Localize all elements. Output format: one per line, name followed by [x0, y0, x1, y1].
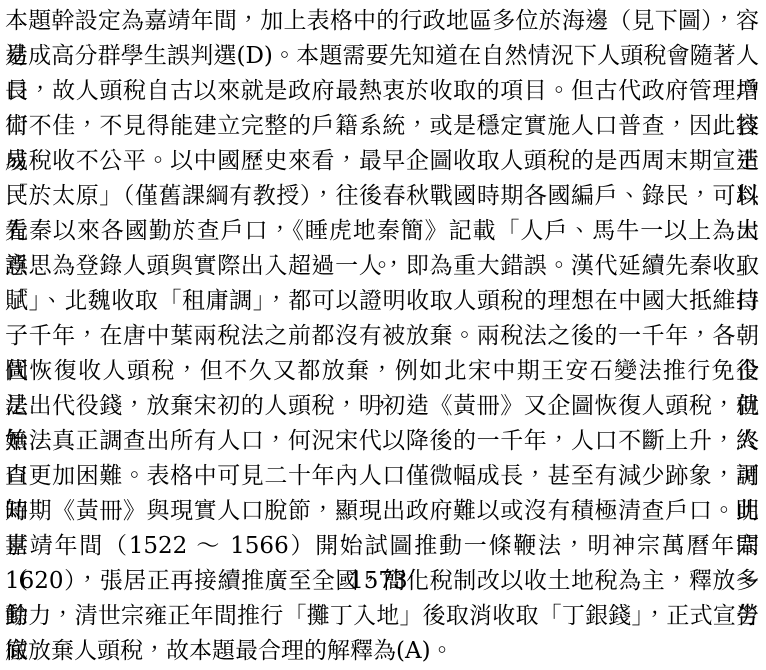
text-line-6: 民於太原」（僅舊課綱有教授），往後春秋戰國時期各國編戶、錄民，可以看出 — [5, 179, 759, 214]
text-line-11: 圖恢復收人頭稅，但不久又都放棄，例如北宋中期王安石變法推行免役法，就 — [5, 354, 759, 389]
text-line-15: 時期《黃冊》與現實人口脫節，顯現出政府難以或沒有積極清查戶口。明世宗 — [5, 494, 759, 529]
text-line-16: 嘉靖年間（1522 ～ 1566）開始試圖推動一條鞭法，明神宗萬曆年間（1573… — [5, 529, 759, 564]
text-line-10: 一千年，在唐中葉兩稅法之前都沒有被放棄。兩稅法之後的一千年，各朝代企 — [5, 319, 759, 354]
text-line-13: 無法真正調查出所有人口，何況宋代以降後的一千年，人口不斷上升，人口調 — [5, 424, 759, 459]
text-line-2: 造成高分群學生誤判選(D)。本題需要先知道在自然情況下人頭稅會隨著人口增 — [5, 39, 759, 74]
text-line-14: 查更加困難。表格中可見二十年內人口僅微幅成長，甚至有減少跡象，可知此 — [5, 459, 759, 494]
text-line-19: 底放棄人頭稅，故本題最合理的解釋為(A)。 — [5, 634, 759, 669]
text-line-1: 本題幹設定為嘉靖年間，加上表格中的行政地區多位於海邊（見下圖），容易 — [5, 4, 759, 39]
text-line-17: 1620），張居正再接續推廣至全國，簡化稅制改以收土地稅為主，釋放多餘勞 — [5, 564, 759, 599]
text-line-18: 動力，清世宗雍正年間推行「攤丁入地」後取消收取「丁銀錢」，正式宣告徹 — [5, 599, 759, 634]
text-line-12: 是出代役錢，放棄宋初的人頭稅，明初造《黃冊》又企圖恢復人頭稅，但始終 — [5, 389, 759, 424]
text-line-7: 先秦以來各國勤於查戶口，《睡虎地秦簡》記載「人戶、馬牛一以上為大誤。」 — [5, 214, 759, 249]
text-line-9: 賦」、北魏收取「租庸調」，都可以證明收取人頭稅的理想在中國大抵維持了 — [5, 284, 759, 319]
text-line-5: 成稅收不公平。以中國歷史來看，最早企圖收取人頭稅的是西周末期宣王「料 — [5, 144, 759, 179]
text-line-8: 意思為登錄人頭與實際出入超過一人，即為重大錯誤。漢代延續先秦收取「口 — [5, 249, 759, 284]
text-line-3: 長，故人頭稅自古以來就是政府最熱衷於收取的項目。但古代政府管理戶口技 — [5, 74, 759, 109]
answer-explanation-page: 本題幹設定為嘉靖年間，加上表格中的行政地區多位於海邊（見下圖），容易 造成高分群… — [0, 0, 766, 670]
text-line-4: 術不佳，不見得能建立完整的戶籍系統，或是穩定實施人口普查，因此容易造 — [5, 109, 759, 144]
